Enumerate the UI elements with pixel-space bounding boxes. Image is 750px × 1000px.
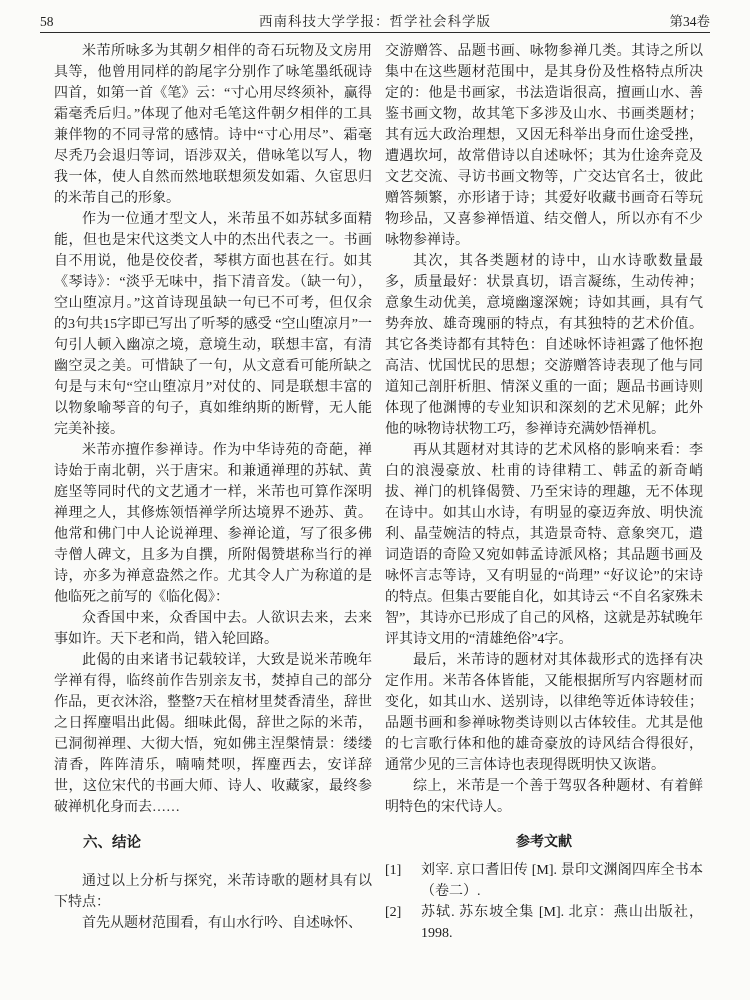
reference-text-1: 刘宰. 京口耆旧传 [M]. 景印文渊阁四库全书本（卷二）. <box>421 860 703 902</box>
reference-item-1: [1] 刘宰. 京口耆旧传 [M]. 景印文渊阁四库全书本（卷二）. <box>385 860 703 902</box>
page-number: 58 <box>40 14 100 30</box>
paragraph-theme-range-continued: 交游赠答、品题书画、咏物参禅几类。其诗之所以集中在这些题材范围中，是其身份及性格… <box>385 41 703 251</box>
paragraph-chanted-objects: 米芾所咏多为其朝夕相伴的奇石玩物及文房用具等，他曾用同样的韵尾字分别作了咏笔墨纸… <box>54 41 372 209</box>
volume-label: 第34卷 <box>650 10 710 30</box>
paragraph-versatile-scholar: 作为一位通才型文人，米芾虽不如苏轼多面精能，但也是宋代这类文人中的杰出代表之一。… <box>54 209 372 440</box>
journal-page: 58 西南科技大学学报：哲学社会科学版 第34卷 米芾所咏多为其朝夕相伴的奇石玩… <box>0 0 750 1000</box>
right-column: 交游赠答、品题书画、咏物参禅几类。其诗之所以集中在这些题材范围中，是其身份及性格… <box>385 41 703 944</box>
paragraph-summary: 综上，米芾是一个善于驾驭各种题材、有着鲜明特色的宋代诗人。 <box>385 776 703 818</box>
paragraph-conclusion-intro: 通过以上分析与探究，米芾诗歌的题材具有以下特点： <box>54 871 372 913</box>
reference-marker-1: [1] <box>385 860 421 902</box>
reference-item-2: [2] 苏轼. 苏东坡全集 [M]. 北京：燕山出版社，1998. <box>385 902 703 944</box>
header-rule <box>40 32 710 33</box>
paragraph-gatha-origin: 此偈的由来诸书记载较详，大致是说米芾晚年学禅有得，临终前作告别亲友书，焚掉自己的… <box>54 650 372 818</box>
verse-linhua-gatha: 众香国中来，众香国中去。人欲识去来，去来事如许。天下老和尚，错入轮回路。 <box>54 608 372 650</box>
paragraph-zen-poetry: 米芾亦擅作参禅诗。作为中华诗苑的奇葩，禅诗始于南北朝，兴于唐宋。和兼通禅理的苏轼… <box>54 440 372 608</box>
references-heading: 参考文献 <box>385 832 703 853</box>
paragraph-second-point: 其次，其各类题材的诗中，山水诗歌数量最多，质量最好：状景真切，语言凝练，生动传神… <box>385 251 703 440</box>
paragraph-style-influence: 再从其题材对其诗的艺术风格的影响来看：李白的浪漫豪放、杜甫的诗律精工、韩孟的新奇… <box>385 440 703 650</box>
reference-marker-2: [2] <box>385 902 421 944</box>
page-header: 58 西南科技大学学报：哲学社会科学版 第34卷 <box>40 10 710 30</box>
paragraph-form-choice: 最后，米芾诗的题材对其体裁形式的选择有决定作用。米芾各体皆能，又能根据所写内容题… <box>385 650 703 776</box>
reference-text-2: 苏轼. 苏东坡全集 [M]. 北京：燕山出版社，1998. <box>421 902 703 944</box>
paragraph-first-point: 首先从题材范围看，有山水行吟、自述咏怀、 <box>54 913 372 934</box>
section-heading-conclusion: 六、结论 <box>54 833 372 854</box>
left-column: 米芾所咏多为其朝夕相伴的奇石玩物及文房用具等，他曾用同样的韵尾字分别作了咏笔墨纸… <box>54 41 372 944</box>
article-body: 米芾所咏多为其朝夕相伴的奇石玩物及文房用具等，他曾用同样的韵尾字分别作了咏笔墨纸… <box>54 41 703 944</box>
journal-title: 西南科技大学学报：哲学社会科学版 <box>100 10 650 30</box>
